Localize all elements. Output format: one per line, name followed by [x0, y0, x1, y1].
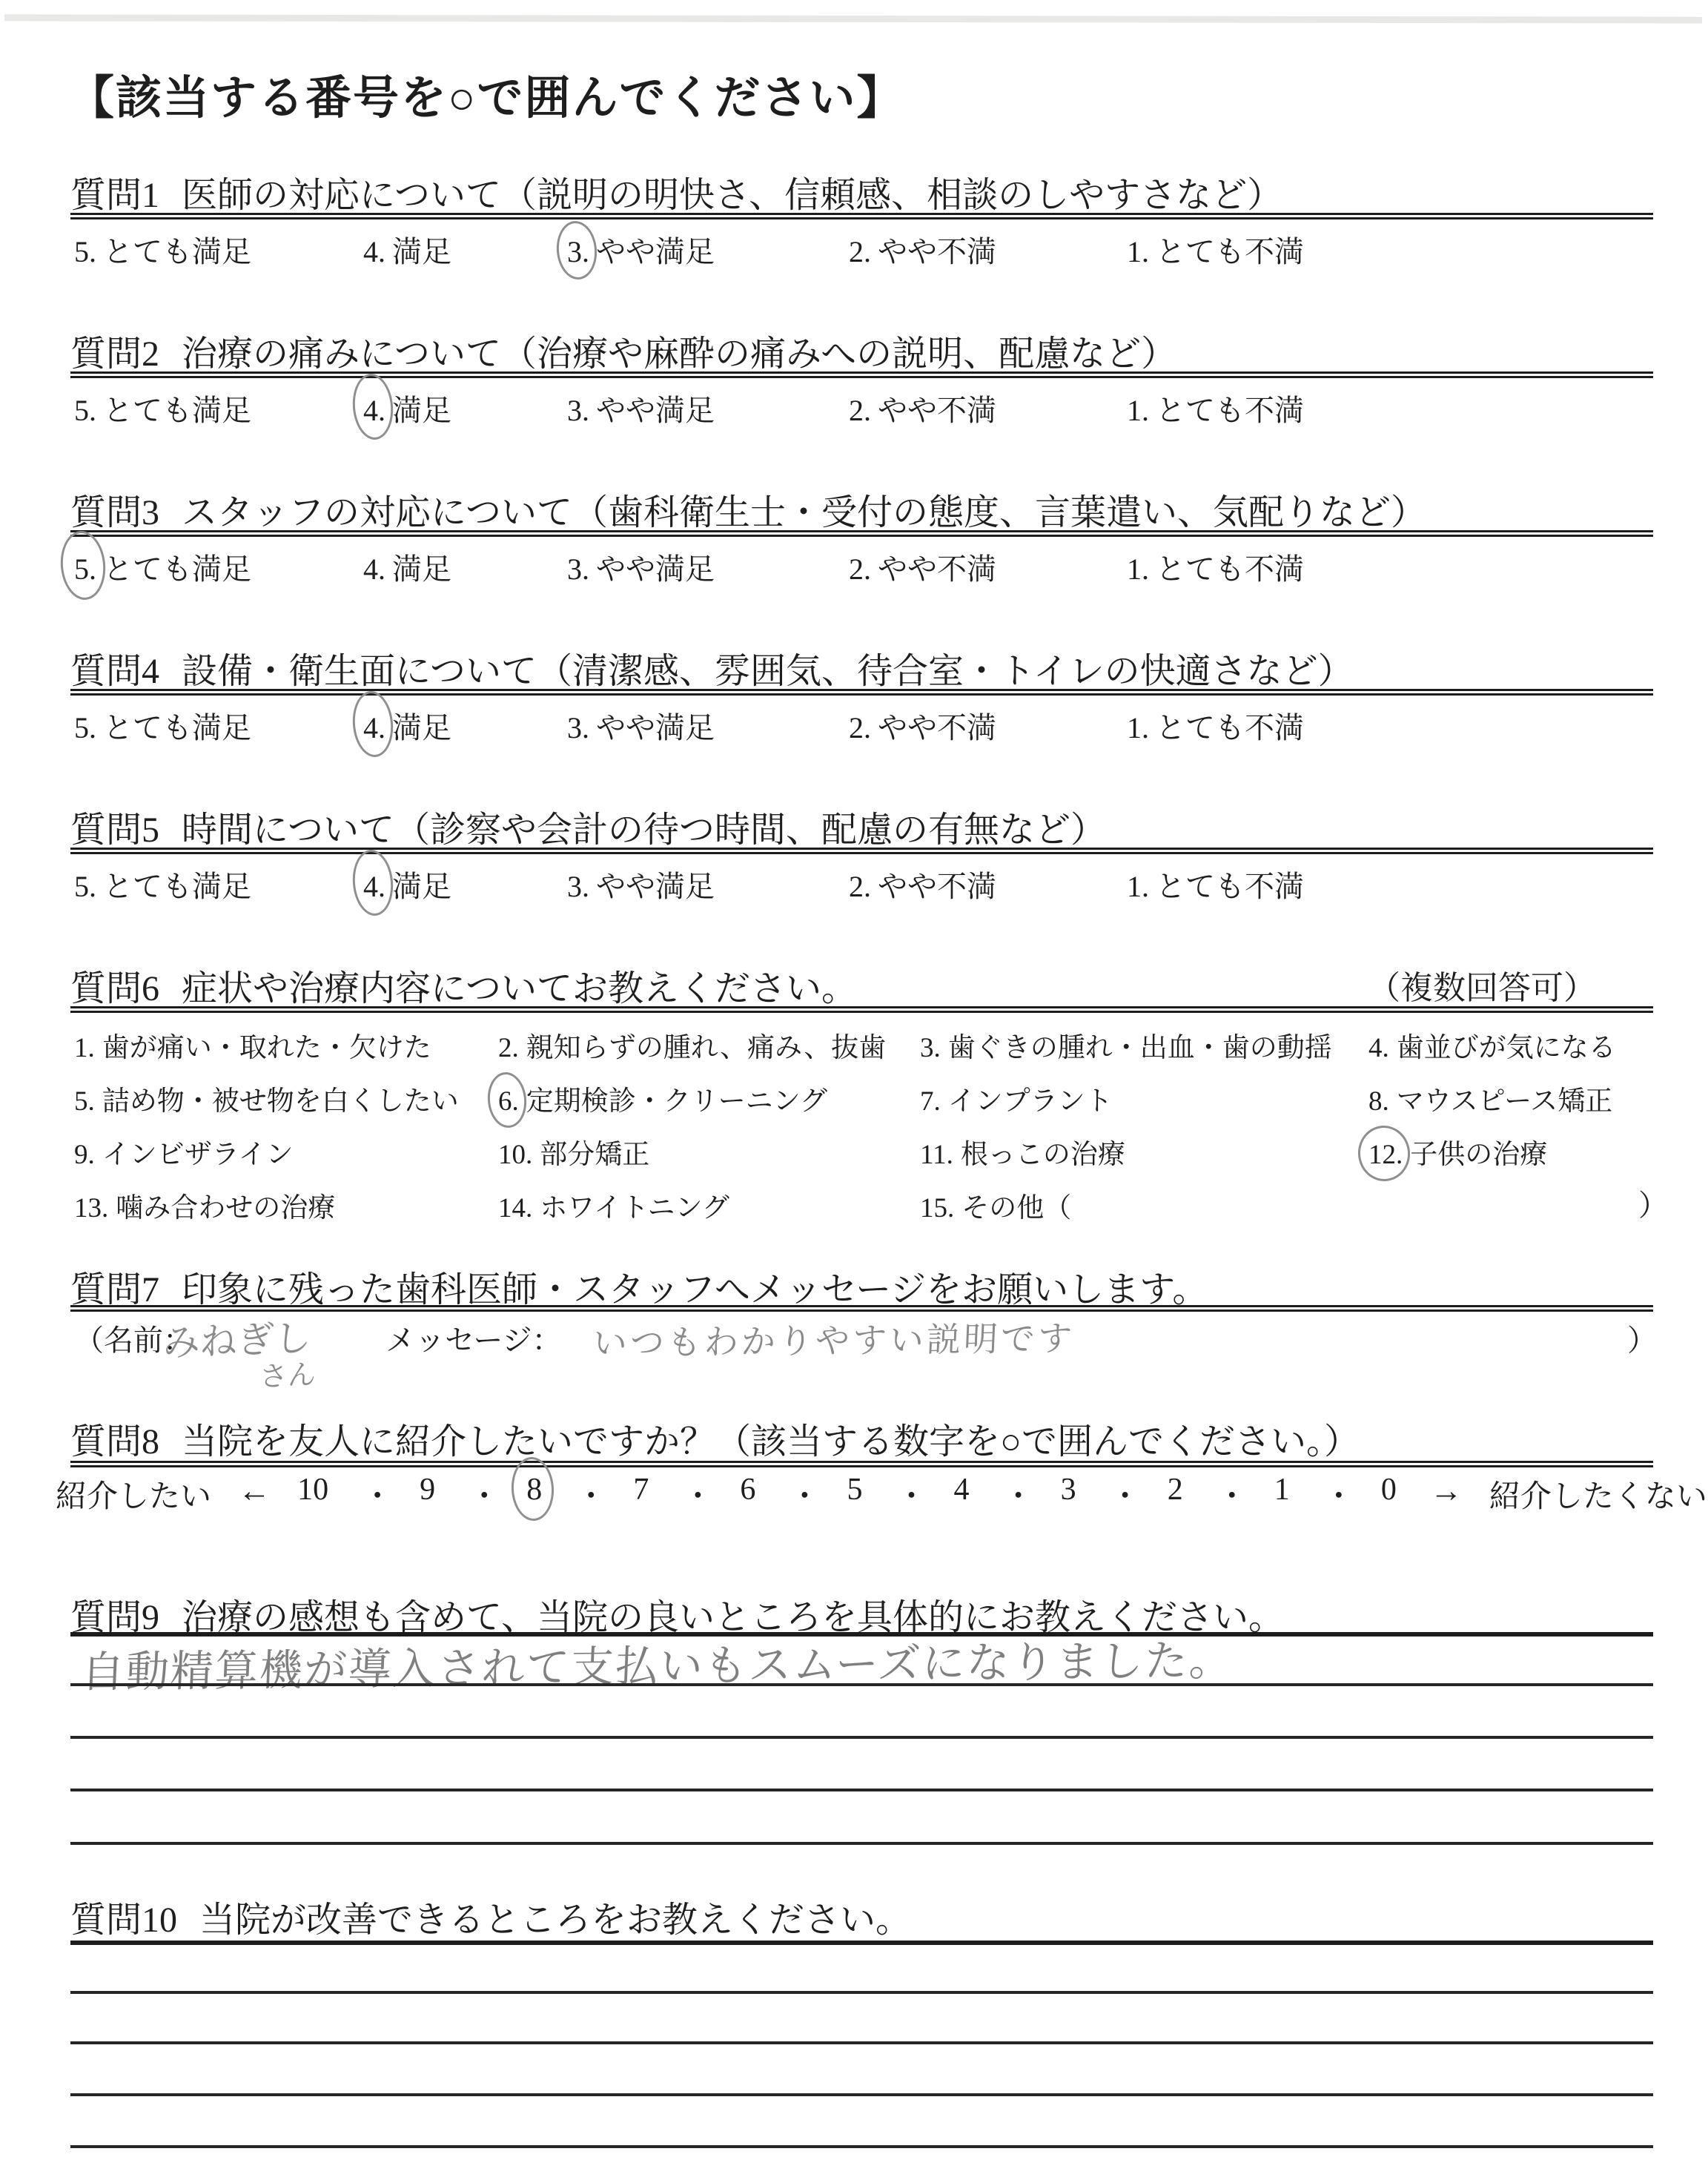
item-label: ホワイトニング — [540, 1185, 729, 1225]
rating-option: 3.やや満足 — [567, 387, 715, 429]
option-label: 満足 — [392, 546, 451, 588]
option-label: やや満足 — [596, 546, 715, 588]
option-label: やや満足 — [596, 387, 715, 429]
symptom-item: 8.マウスピース矯正 — [1368, 1078, 1612, 1118]
answer-line — [70, 1789, 1653, 1791]
rating-option: 2.やや不満 — [849, 863, 996, 905]
rating-option: 1.とても不満 — [1127, 704, 1304, 747]
option-number: 3. — [567, 552, 589, 587]
question-7-label: 質問7 — [70, 1270, 159, 1309]
option-number: 3. — [567, 393, 589, 428]
symptom-item: 5.詰め物・被せ物を白くしたい — [74, 1078, 459, 1118]
question-8-label: 質問8 — [70, 1422, 159, 1462]
option-number: 4. — [363, 393, 385, 428]
scale-number: 7 — [633, 1472, 649, 1507]
scale-number: 8 — [526, 1472, 542, 1507]
rating-option: 4.満足 — [363, 863, 451, 905]
question-2-options: 5.とても満足 4.満足 3.やや満足 2.やや不満 1.とても不満 — [48, 387, 1708, 435]
question-1-header: 質問1医師の対応について（説明の明快さ、信頼感、相談のしやすさなど） — [70, 166, 1282, 217]
symptom-item: 14.ホワイトニング — [498, 1185, 729, 1225]
question-10-text: 当院が改善できるところをお教えください。 — [199, 1900, 911, 1940]
form-title: 【該当する番号を○で囲んでください】 — [68, 61, 904, 127]
item-number: 12. — [1368, 1139, 1403, 1171]
option-label: やや不満 — [878, 704, 996, 747]
item-label: 根っこの治療 — [961, 1132, 1125, 1172]
rating-option: 5.とても満足 — [74, 546, 251, 588]
option-label: とても満足 — [103, 863, 251, 905]
question-6-rule — [70, 1006, 1653, 1013]
item-number: 9. — [74, 1139, 95, 1171]
option-number: 2. — [849, 393, 871, 428]
option-label: 満足 — [392, 387, 451, 429]
question-3-text: スタッフの対応について（歯科衛生士・受付の態度、言葉遣い、気配りなど） — [182, 493, 1426, 532]
option-number: 4. — [363, 710, 385, 745]
item-label: 歯ぐきの腫れ・出血・歯の動揺 — [948, 1025, 1332, 1065]
answer-line — [70, 2041, 1653, 2044]
symptom-item: 1.歯が痛い・取れた・欠けた — [74, 1025, 431, 1065]
item-label: 子供の治療 — [1410, 1132, 1547, 1172]
answer-line — [70, 1941, 1653, 1945]
option-label: やや満足 — [596, 863, 715, 905]
answer-line — [70, 1683, 1653, 1686]
question-4-rule — [70, 689, 1653, 696]
question-1-label: 質問1 — [70, 176, 159, 215]
dot-separator: ・ — [1110, 1472, 1141, 1516]
question-4-options: 5.とても満足 4.満足 3.やや満足 2.やや不満 1.とても不満 — [48, 704, 1708, 752]
dot-separator: ・ — [1217, 1472, 1248, 1516]
question-1-text: 医師の対応について（説明の明快さ、信頼感、相談のしやすさなど） — [182, 176, 1282, 215]
dot-separator: ・ — [1323, 1472, 1354, 1516]
option-label: やや満足 — [596, 704, 715, 747]
rating-option: 2.やや不満 — [849, 704, 996, 747]
rating-option: 5.とても満足 — [74, 387, 251, 429]
rating-option: 2.やや不満 — [849, 546, 996, 588]
item-number: 7. — [920, 1086, 941, 1117]
option-number: 1. — [1127, 869, 1149, 904]
option-label: 満足 — [392, 228, 451, 271]
rating-option: 4.満足 — [363, 704, 451, 747]
option-label: とても満足 — [103, 704, 251, 747]
rating-option: 1.とても不満 — [1127, 863, 1304, 905]
answer-line — [70, 1991, 1653, 1994]
rating-option: 4.満足 — [363, 387, 451, 429]
question-1-rule — [70, 213, 1653, 219]
question-4-text: 設備・衛生面について（清潔感、雰囲気、待合室・トイレの快適さなど） — [182, 652, 1354, 691]
option-number: 2. — [849, 869, 871, 904]
question-2-text: 治療の痛みについて（治療や麻酔の痛みへの説明、配慮など） — [182, 334, 1176, 374]
item-label: インプラント — [948, 1078, 1113, 1118]
option-label: とても不満 — [1156, 704, 1304, 747]
item-label: インビザライン — [102, 1132, 294, 1172]
symptom-item: 10.部分矯正 — [498, 1132, 649, 1172]
rating-option: 1.とても不満 — [1127, 546, 1304, 588]
scale-left-label: 紹介したい — [56, 1472, 211, 1516]
dot-separator: ・ — [789, 1472, 820, 1516]
option-number: 5. — [74, 710, 96, 745]
question-3-label: 質問3 — [70, 493, 159, 532]
question-2-rule — [70, 371, 1653, 378]
survey-form-page: 【該当する番号を○で囲んでください】 質問1医師の対応について（説明の明快さ、信… — [0, 0, 1708, 2160]
answer-line — [70, 1842, 1653, 1845]
handwritten-message: いつもわかりやすい説明です — [592, 1312, 1076, 1366]
rating-option: 4.満足 — [363, 546, 451, 588]
option-label: やや不満 — [878, 546, 996, 588]
option-number: 3. — [567, 710, 589, 745]
symptom-item: 2.親知らずの腫れ、痛み、抜歯 — [498, 1025, 886, 1065]
answer-line — [70, 2145, 1653, 2148]
dot-separator: ・ — [1003, 1472, 1034, 1516]
item-number: 1. — [74, 1032, 95, 1064]
option-label: 満足 — [392, 863, 451, 905]
dot-separator: ・ — [575, 1472, 606, 1516]
dot-separator: ・ — [362, 1472, 393, 1516]
rating-option: 5.とても満足 — [74, 863, 251, 905]
nps-scale-row: 紹介したい ← 10 ・ 9 ・ 8 ・ 7 ・ 6 ・ 5 ・ 4 ・ 3 ・… — [56, 1472, 1707, 1516]
option-label: 満足 — [392, 704, 451, 747]
question-5-label: 質問5 — [70, 810, 159, 850]
option-number: 4. — [363, 869, 385, 904]
rating-option: 3.やや満足 — [567, 863, 715, 905]
question-5-rule — [70, 848, 1653, 854]
question-7-answer-row: （名前： みねぎし さん メッセージ： いつもわかりやすい説明です ） — [48, 1317, 1708, 1406]
option-number: 2. — [849, 234, 871, 269]
question-7-header: 質問7印象に残った歯科医師・スタッフへメッセージをお願いします。 — [70, 1261, 1208, 1312]
dot-separator: ・ — [896, 1472, 927, 1516]
question-3-options: 5.とても満足 4.満足 3.やや満足 2.やや不満 1.とても不満 — [48, 546, 1708, 593]
scale-number: 4 — [954, 1472, 970, 1507]
left-arrow-icon: ← — [238, 1472, 271, 1510]
scale-number: 2 — [1168, 1472, 1183, 1507]
question-5-text: 時間について（診察や会計の待つ時間、配慮の有無など） — [182, 810, 1106, 850]
question-8-rule — [70, 1461, 1653, 1467]
item-number: 10. — [498, 1139, 532, 1171]
question-3-rule — [70, 530, 1653, 537]
answer-line — [70, 1736, 1653, 1739]
option-label: とても満足 — [103, 387, 251, 429]
scale-number: 3 — [1061, 1472, 1076, 1507]
dot-separator: ・ — [469, 1472, 500, 1516]
scale-number: 5 — [847, 1472, 862, 1507]
scale-right-label: 紹介したくない — [1489, 1472, 1707, 1516]
scale-number: 1 — [1274, 1472, 1290, 1507]
symptom-item: 6.定期検診・クリーニング — [498, 1078, 827, 1118]
option-label: とても不満 — [1156, 863, 1304, 905]
question-2-label: 質問2 — [70, 334, 159, 374]
scan-artifact — [4, 14, 1702, 23]
option-number: 5. — [74, 234, 96, 269]
rating-option: 5.とても満足 — [74, 704, 251, 747]
symptom-item: 7.インプラント — [920, 1078, 1113, 1118]
option-number: 1. — [1127, 393, 1149, 428]
option-label: とても不満 — [1156, 387, 1304, 429]
question-1-options: 5.とても満足 4.満足 3.やや満足 2.やや不満 1.とても不満 — [48, 228, 1708, 276]
handwritten-answer: 自動精算機が導入されて支払いもスムーズになりました。 — [80, 1625, 1235, 1700]
rating-option: 4.満足 — [363, 228, 451, 271]
question-10-label: 質問10 — [70, 1900, 177, 1940]
question-6-note: （複数回答可） — [1368, 961, 1596, 1008]
scale-number: 10 — [297, 1472, 328, 1507]
rating-option: 2.やや不満 — [849, 228, 996, 271]
option-label: とても不満 — [1156, 228, 1304, 271]
other-close-paren: ） — [1638, 1182, 1668, 1224]
option-number: 1. — [1127, 710, 1149, 745]
scale-number: 0 — [1381, 1472, 1397, 1507]
question-6-label: 質問6 — [70, 969, 159, 1008]
item-number: 14. — [498, 1192, 532, 1224]
handwritten-honorific: さん — [259, 1351, 317, 1395]
symptom-item: 15.その他（ — [920, 1185, 1071, 1225]
item-label: 歯が痛い・取れた・欠けた — [102, 1025, 431, 1065]
item-number: 6. — [498, 1086, 519, 1117]
item-number: 3. — [920, 1032, 941, 1064]
rating-option: 1.とても不満 — [1127, 228, 1304, 271]
dot-separator: ・ — [682, 1472, 713, 1516]
rating-option: 1.とても不満 — [1127, 387, 1304, 429]
item-label: 部分矯正 — [540, 1132, 649, 1172]
question-5-header: 質問5時間について（診察や会計の待つ時間、配慮の有無など） — [70, 801, 1106, 852]
scale-number: 6 — [740, 1472, 755, 1507]
option-number: 5. — [74, 869, 96, 904]
option-number: 2. — [849, 710, 871, 745]
item-number: 13. — [74, 1192, 108, 1224]
close-paren: ） — [1627, 1317, 1657, 1359]
item-number: 15. — [920, 1192, 954, 1224]
symptom-item: 9.インビザライン — [74, 1132, 294, 1172]
rating-option: 3.やや満足 — [567, 546, 715, 588]
item-number: 5. — [74, 1086, 95, 1117]
question-2-header: 質問2治療の痛みについて（治療や麻酔の痛みへの説明、配慮など） — [70, 325, 1176, 376]
item-number: 11. — [920, 1139, 953, 1171]
item-label: マウスピース矯正 — [1397, 1078, 1613, 1118]
symptom-item: 12.子供の治療 — [1368, 1132, 1547, 1172]
option-number: 1. — [1127, 552, 1149, 587]
option-number: 4. — [363, 552, 385, 587]
rating-option: 3.やや満足 — [567, 704, 715, 747]
rating-option: 3.やや満足 — [567, 228, 715, 271]
item-label: 歯並びが気になる — [1397, 1025, 1616, 1065]
option-label: やや不満 — [878, 863, 996, 905]
option-number: 5. — [74, 552, 96, 587]
option-number: 5. — [74, 393, 96, 428]
item-label: 詰め物・被せ物を白くしたい — [102, 1078, 459, 1118]
answer-line — [70, 2093, 1653, 2096]
rating-option: 2.やや不満 — [849, 387, 996, 429]
item-label: 親知らずの腫れ、痛み、抜歯 — [526, 1025, 886, 1065]
question-3-header: 質問3スタッフの対応について（歯科衛生士・受付の態度、言葉遣い、気配りなど） — [70, 483, 1426, 535]
question-6-header: 質問6症状や治療内容についてお教えください。 — [70, 960, 857, 1011]
question-8-text: 当院を友人に紹介したいですか？（該当する数字を○で囲んでください。） — [182, 1422, 1360, 1462]
option-number: 1. — [1127, 234, 1149, 269]
question-6-text: 症状や治療内容についてお教えください。 — [182, 969, 857, 1008]
option-label: とても満足 — [103, 546, 251, 588]
option-label: とても満足 — [103, 228, 251, 271]
symptom-item: 4.歯並びが気になる — [1368, 1025, 1616, 1065]
question-10-header: 質問10当院が改善できるところをお教えください。 — [70, 1891, 911, 1942]
item-label: その他（ — [961, 1185, 1071, 1225]
item-number: 8. — [1368, 1086, 1389, 1117]
scale-number: 9 — [420, 1472, 435, 1507]
item-number: 2. — [498, 1032, 519, 1064]
option-label: とても不満 — [1156, 546, 1304, 588]
option-label: やや不満 — [878, 387, 996, 429]
option-label: やや満足 — [596, 228, 715, 271]
question-8-header: 質問8当院を友人に紹介したいですか？（該当する数字を○で囲んでください。） — [70, 1413, 1360, 1464]
symptom-item: 11.根っこの治療 — [920, 1132, 1125, 1172]
right-arrow-icon: → — [1430, 1472, 1463, 1510]
item-label: 定期検診・クリーニング — [526, 1078, 827, 1118]
question-4-header: 質問4設備・衛生面について（清潔感、雰囲気、待合室・トイレの快適さなど） — [70, 642, 1354, 693]
symptom-item: 13.噛み合わせの治療 — [74, 1185, 335, 1225]
question-5-options: 5.とても満足 4.満足 3.やや満足 2.やや不満 1.とても不満 — [48, 863, 1708, 911]
symptom-item: 3.歯ぐきの腫れ・出血・歯の動揺 — [920, 1025, 1332, 1065]
item-label: 噛み合わせの治療 — [116, 1185, 335, 1225]
option-label: やや不満 — [878, 228, 996, 271]
rating-option: 5.とても満足 — [74, 228, 251, 271]
option-number: 4. — [363, 234, 385, 269]
option-number: 2. — [849, 552, 871, 587]
option-number: 3. — [567, 234, 589, 269]
message-field-label: メッセージ： — [385, 1317, 562, 1359]
question-4-label: 質問4 — [70, 652, 159, 691]
item-number: 4. — [1368, 1032, 1389, 1064]
question-7-text: 印象に残った歯科医師・スタッフへメッセージをお願いします。 — [182, 1270, 1208, 1309]
option-number: 3. — [567, 869, 589, 904]
